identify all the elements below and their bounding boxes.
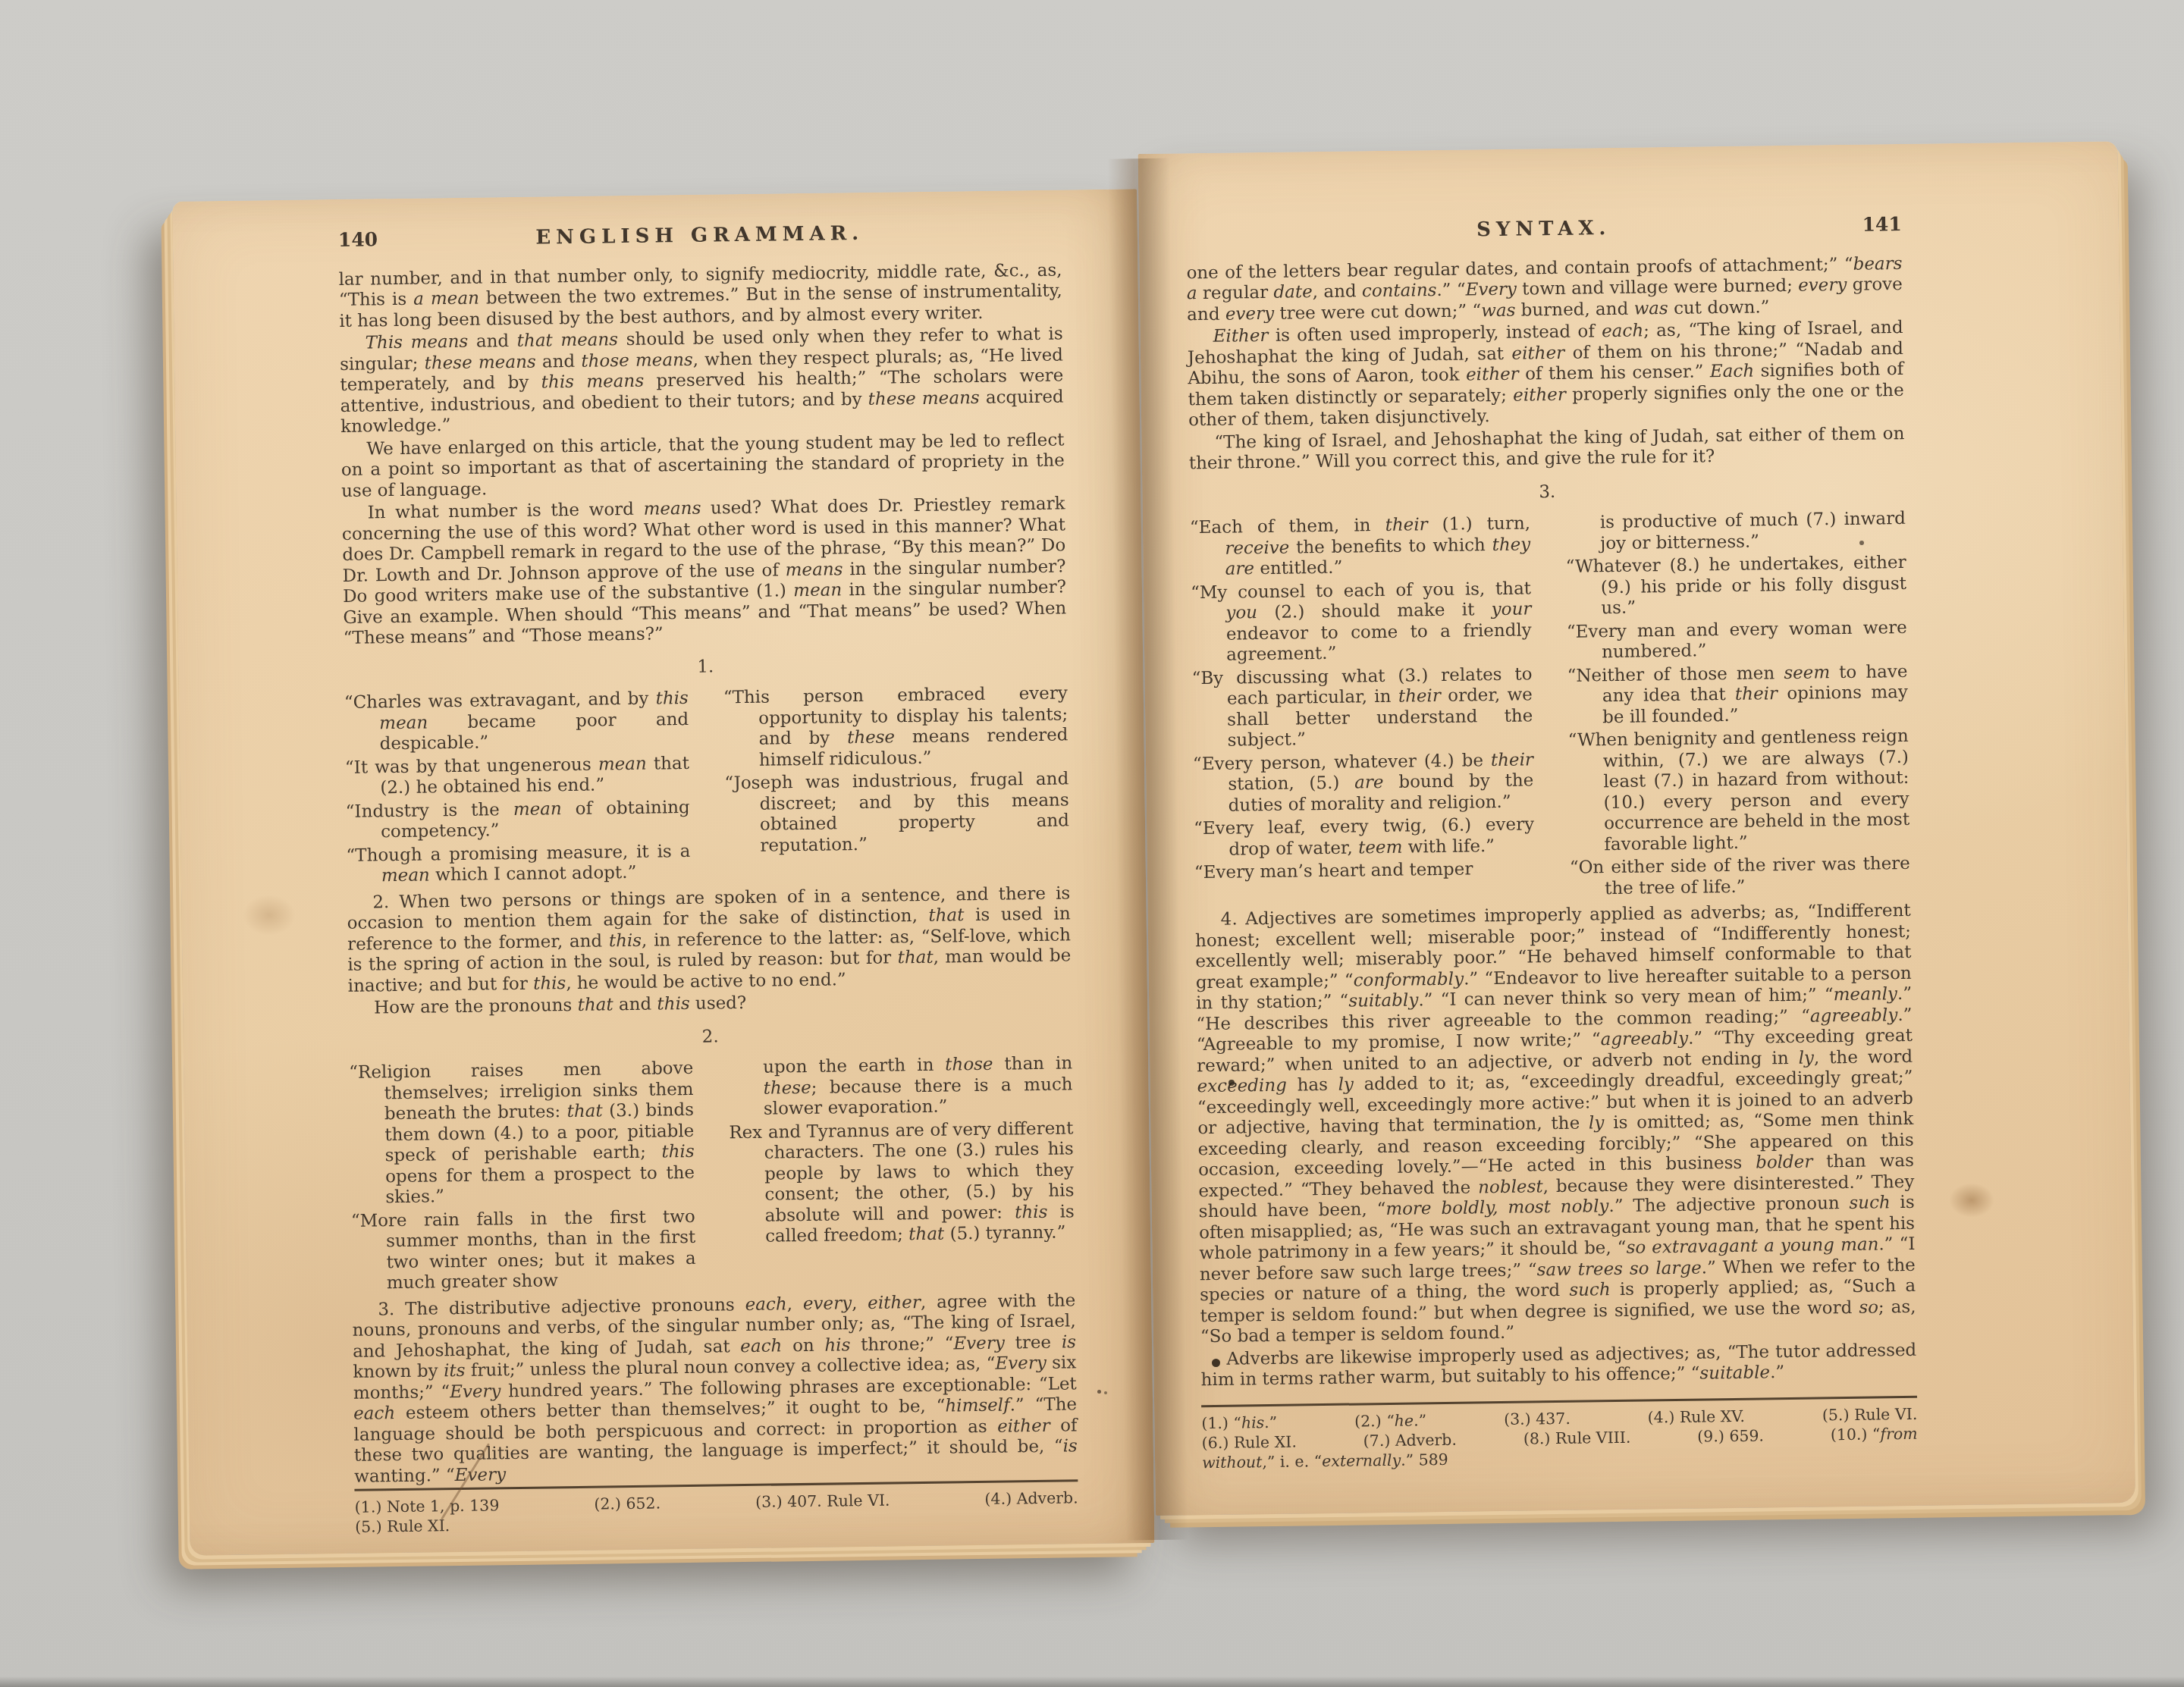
left-page-content: 140 ENGLISH GRAMMAR. lar number, and in …	[172, 189, 1154, 1555]
quote-item: “Religion raises men above themselves; i…	[349, 1058, 695, 1209]
quote-item: “Joseph was industrious, frugal and disc…	[724, 769, 1069, 857]
exercise-column-left: “Charles was extravagant, and by this me…	[344, 688, 691, 889]
right-page-header: SYNTAX. 141	[1186, 214, 1902, 245]
paragraph: Either is often used improperly, instead…	[1187, 318, 1904, 431]
quote-item: “This person embraced every opportunity …	[723, 683, 1068, 771]
paragraph: Adverbs are likewise improperly used as …	[1200, 1340, 1917, 1391]
footnote-entry: (2.) 652.	[594, 1494, 661, 1514]
quote-item: “Every leaf, every twig, (6.) every drop…	[1194, 814, 1535, 861]
quote-item-continuation: is productive of much (7.) inward joy or…	[1565, 509, 1906, 555]
quote-item-continuation: upon the earth in those than in these; b…	[728, 1053, 1073, 1120]
two-column-exercise: “Religion raises men above themselves; i…	[349, 1053, 1075, 1297]
right-footnotes: (1.) “his.” (2.) “he.” (3.) 437. (4.) Ru…	[1201, 1396, 1918, 1472]
section-number: 1.	[344, 652, 1067, 682]
paragraph: This means and that means should be used…	[339, 324, 1064, 437]
right-running-title: SYNTAX.	[1476, 218, 1611, 241]
header-spacer	[1186, 236, 1476, 240]
footnote-entry: (2.) “he.”	[1354, 1410, 1426, 1431]
right-page: SYNTAX. 141 one of the letters bear regu…	[1137, 141, 2135, 1516]
photo-bottom-edge	[0, 1676, 2184, 1687]
footnote-entry: (9.) 659.	[1697, 1425, 1764, 1446]
paragraph: We have enlarged on this article, that t…	[340, 430, 1065, 502]
paragraph: In what number is the word means used? W…	[341, 494, 1066, 649]
paragraph: 2. When two persons or things are spoken…	[347, 883, 1072, 997]
right-page-number: 141	[1611, 214, 1902, 239]
exercise-column-left: “Each of them, in their (1.) turn, recei…	[1190, 513, 1536, 907]
footnote-entry: (3.) 407. Rule VI.	[755, 1491, 890, 1512]
footnote-entry: (8.) Rule VIII.	[1523, 1428, 1631, 1449]
quote-item: “Every person, whatever (4.) be their st…	[1193, 750, 1534, 817]
quote-item: “On either side of the river was there t…	[1570, 854, 1911, 900]
left-page: 140 ENGLISH GRAMMAR. lar number, and in …	[172, 189, 1154, 1555]
footnote-entry: (5.) Rule VI.	[1822, 1404, 1918, 1425]
footnote-entry: without,” i. e. “externally.” 589	[1202, 1450, 1448, 1472]
paragraph: lar number, and in that number only, to …	[338, 260, 1062, 332]
footnote-entry: (1.) Note 1, p. 139	[355, 1495, 500, 1516]
photo-background: 140 ENGLISH GRAMMAR. lar number, and in …	[0, 0, 2184, 1687]
book-spread: 140 ENGLISH GRAMMAR. lar number, and in …	[104, 77, 2079, 1566]
quote-item: “Though a promising measure, it is a mea…	[346, 841, 691, 887]
section-number: 2.	[349, 1022, 1072, 1052]
quote-item: “It was by that ungenerous mean that (2.…	[345, 753, 690, 799]
footnote-entry: (10.) “from	[1831, 1424, 1918, 1445]
quote-item: “By discussing what (3.) relates to each…	[1191, 664, 1533, 752]
quote-item: “More rain falls in the first two summer…	[351, 1206, 696, 1294]
quote-item: “Neither of those men seem to have any i…	[1567, 661, 1908, 728]
quote-item: “Each of them, in their (1.) turn, recei…	[1190, 513, 1531, 580]
quote-item: “When benignity and gentleness reign wit…	[1567, 726, 1909, 856]
quote-item: “Every man and every woman were numbered…	[1567, 617, 1908, 663]
quote-item: “Industry is the mean of obtaining compe…	[346, 797, 691, 843]
exercise-column-left: “Religion raises men above themselves; i…	[349, 1058, 696, 1297]
quote-item: Rex and Tyrannus are of very different c…	[729, 1118, 1075, 1248]
footnote-entry: (6.) Rule XI.	[1202, 1432, 1297, 1453]
paragraph: “The king of Israel, and Jehoshaphat the…	[1188, 423, 1905, 474]
quote-item: “Every man’s heart and temper	[1194, 858, 1535, 883]
footnote-entry: (1.) “his.”	[1201, 1413, 1277, 1433]
footnote-entry: (7.) Adverb.	[1363, 1430, 1457, 1451]
left-running-title: ENGLISH GRAMMAR.	[535, 224, 864, 249]
exercise-column-right: “This person embraced every opportunity …	[723, 683, 1070, 884]
left-page-number: 140	[338, 227, 536, 251]
exercise-column-right: upon the earth in those than in these; b…	[728, 1053, 1075, 1291]
quote-item: “Charles was extravagant, and by this me…	[344, 688, 689, 755]
footnote-entry: (4.) Rule XV.	[1648, 1406, 1746, 1428]
quote-item: “Whatever (8.) he undertakes, either (9.…	[1565, 553, 1906, 619]
paragraph: one of the letters bear regular dates, a…	[1186, 253, 1903, 325]
quote-item: “My counsel to each of you is, that you …	[1191, 579, 1532, 666]
footnote-entry: (5.) Rule XI.	[355, 1516, 450, 1536]
left-page-header: 140 ENGLISH GRAMMAR.	[338, 220, 1062, 251]
footnote-entry: (3.) 437.	[1504, 1409, 1571, 1429]
exercise-column-right: is productive of much (7.) inward joy or…	[1565, 509, 1911, 902]
header-spacer	[864, 237, 1061, 239]
left-footnotes: (1.) Note 1, p. 139 (2.) 652. (3.) 407. …	[354, 1479, 1078, 1536]
two-column-exercise: “Charles was extravagant, and by this me…	[344, 683, 1070, 889]
footnote-entry: (4.) Adverb.	[984, 1488, 1078, 1509]
paragraph: 4. Adjectives are sometimes improperly a…	[1195, 901, 1916, 1348]
right-page-content: SYNTAX. 141 one of the letters bear regu…	[1137, 141, 2135, 1516]
paragraph: 3. The distributive adjective pronouns e…	[352, 1290, 1078, 1488]
two-column-exercise: “Each of them, in their (1.) turn, recei…	[1190, 509, 1911, 907]
section-number: 3.	[1189, 477, 1905, 507]
